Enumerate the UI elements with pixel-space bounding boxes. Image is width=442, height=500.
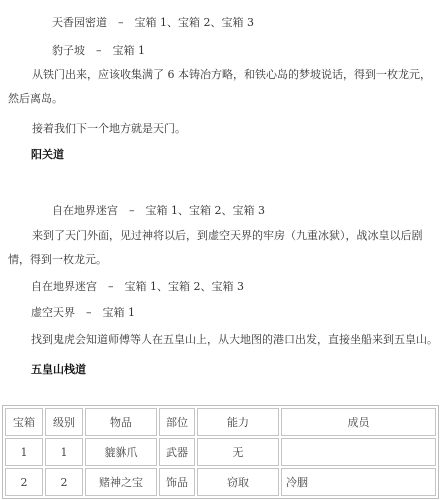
table-cell: 窃取 xyxy=(197,468,279,496)
table-cell: 貔貅爪 xyxy=(85,438,157,466)
header-cell: 级别 xyxy=(45,408,83,436)
table-row: 2 2 赌神之宝 饰品 窃取 冷胭 xyxy=(5,468,436,496)
chest-location-line: 自在地界迷宫 – 宝箱 1、宝箱 2、宝箱 3 xyxy=(52,204,265,218)
header-cell: 成员 xyxy=(281,408,436,436)
table-cell: 无 xyxy=(197,438,279,466)
table-cell: 2 xyxy=(45,468,83,496)
chest-location-line: 虚空天界 – 宝箱 1 xyxy=(31,306,135,320)
header-cell: 宝箱 xyxy=(5,408,43,436)
treasure-table: 宝箱 级别 物品 部位 能力 成员 1 1 貔貅爪 武器 无 2 2 赌神之宝 … xyxy=(2,405,439,499)
chest-location-line: 豹子坡 – 宝箱 1 xyxy=(52,44,145,58)
table-cell: 武器 xyxy=(159,438,195,466)
table-cell: 饰品 xyxy=(159,468,195,496)
table-header-row: 宝箱 级别 物品 部位 能力 成员 xyxy=(5,408,436,436)
paragraph: 从铁门出来，应该收集满了 6 本铸冶方略，和铁心岛的梦坡说话，得到一枚龙元，然后… xyxy=(8,63,436,111)
table-cell: 2 xyxy=(5,468,43,496)
chest-location-line: 天香园密道 – 宝箱 1、宝箱 2、宝箱 3 xyxy=(52,16,254,30)
table-cell: 1 xyxy=(45,438,83,466)
paragraph: 找到鬼虎会知道师傅等人在五皇山上，从大地图的港口出发，直接坐船来到五皇山。 xyxy=(31,333,438,347)
table-cell: 冷胭 xyxy=(281,468,436,496)
header-cell: 物品 xyxy=(85,408,157,436)
table-cell: 赌神之宝 xyxy=(85,468,157,496)
table-cell xyxy=(281,438,436,466)
table-row: 1 1 貔貅爪 武器 无 xyxy=(5,438,436,466)
header-cell: 能力 xyxy=(197,408,279,436)
section-heading: 五皇山栈道 xyxy=(31,363,86,377)
section-heading: 阳关道 xyxy=(31,148,64,162)
table-cell: 1 xyxy=(5,438,43,466)
paragraph: 接着我们下一个地方就是天门。 xyxy=(8,117,436,141)
chest-location-line: 自在地界迷宫 – 宝箱 1、宝箱 2、宝箱 3 xyxy=(31,280,244,294)
header-cell: 部位 xyxy=(159,408,195,436)
paragraph: 来到了天门外面，见过神将以后，到虚空天界的牢房（九重冰狱），战冰皇以后剧情，得到… xyxy=(8,224,436,272)
